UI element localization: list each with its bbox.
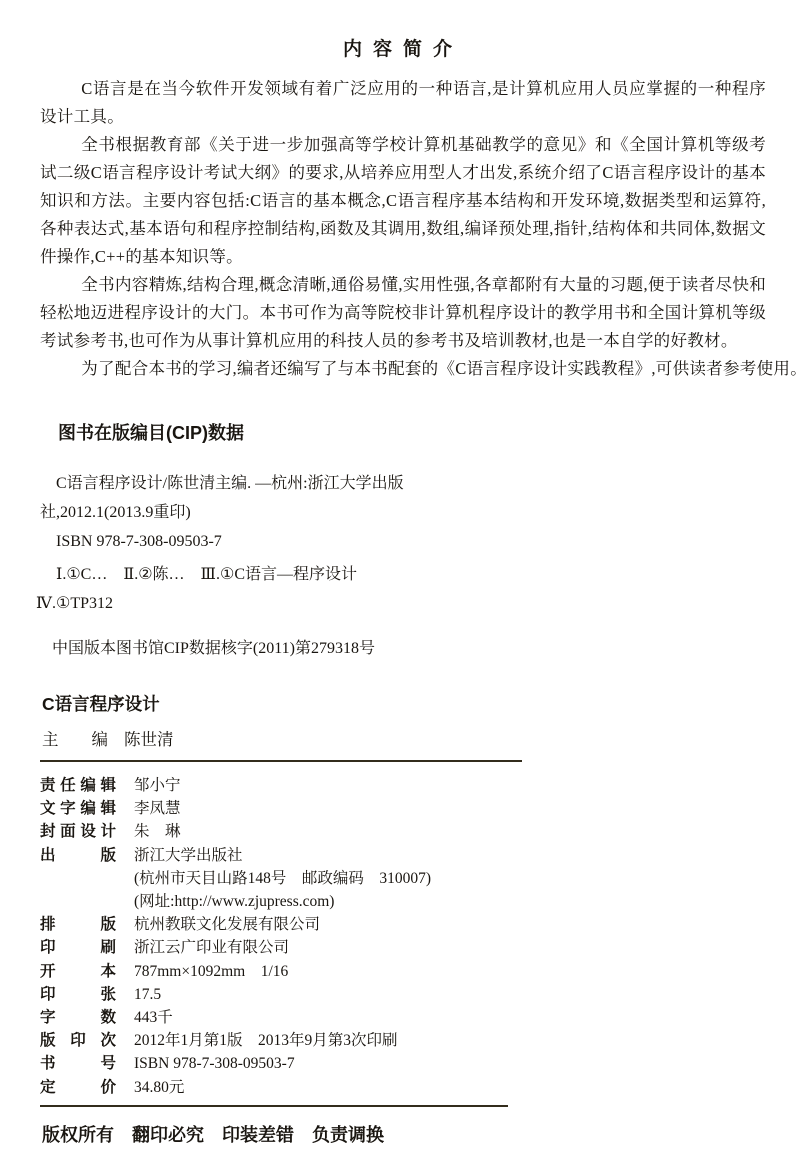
colophon-label xyxy=(40,867,116,890)
colophon-value: 17.5 xyxy=(134,983,161,1006)
intro-paragraph: 全书根据教育部《关于进一步加强高等学校计算机基础教学的意见》和《全国计算机等级考… xyxy=(40,131,766,271)
colophon-value publisher-address: (杭州市天目山路148号 邮政编码 310007) xyxy=(134,867,431,890)
chief-editor-label: 主编 xyxy=(42,726,108,750)
colophon: 责任编辑邹小宁 文字编辑李凤慧 封面设计朱 琳 出版浙江大学出版社 (杭州市天目… xyxy=(40,774,766,1099)
colophon-row: 出版浙江大学出版社 xyxy=(40,844,766,867)
colophon-row: 书号ISBN 978-7-308-09503-7 xyxy=(40,1052,766,1075)
colophon-label: 定价 xyxy=(40,1076,116,1099)
book-header-block: C语言程序设计 主编 陈世清 xyxy=(40,691,766,762)
content-summary: C语言是在当今软件开发领域有着广泛应用的一种语言,是计算机应用人员应掌握的一种程… xyxy=(40,75,766,383)
colophon-value: 浙江云广印业有限公司 xyxy=(134,936,289,959)
intro-paragraph: 全书内容精炼,结构合理,概念清晰,通俗易懂,实用性强,各章都附有大量的习题,便于… xyxy=(40,271,766,355)
colophon-row: 责任编辑邹小宁 xyxy=(40,774,766,797)
colophon-value: 杭州教联文化发展有限公司 xyxy=(134,913,320,936)
chief-editor-line: 主编 陈世清 xyxy=(42,726,766,750)
colophon-value: 李凤慧 xyxy=(134,797,181,820)
colophon-row: 印张17.5 xyxy=(40,983,766,1006)
colophon-row: 开本787mm×1092mm 1/16 xyxy=(40,960,766,983)
colophon-label: 版印次 xyxy=(40,1029,116,1052)
divider xyxy=(40,760,522,762)
book-title: C语言程序设计 xyxy=(42,691,766,716)
intro-paragraph: 为了配合本书的学习,编者还编写了与本书配套的《C语言程序设计实践教程》,可供读者… xyxy=(40,355,766,383)
colophon-row: 版印次2012年1月第1版 2013年9月第3次印刷 xyxy=(40,1029,766,1052)
cip-imprint-line: 社,2012.1(2013.9重印) xyxy=(40,498,766,527)
cip-registry-number: 中国版本图书馆CIP数据核字(2011)第279318号 xyxy=(52,634,766,663)
colophon-value: 朱 琳 xyxy=(134,820,181,843)
cip-block: 图书在版编目(CIP)数据 C语言程序设计/陈世清主编. —杭州:浙江大学出版 … xyxy=(40,419,766,663)
colophon-value publisher-website: (网址:http://www.zjupress.com) xyxy=(134,890,334,913)
colophon-label: 字数 xyxy=(40,1006,116,1029)
colophon-label: 开本 xyxy=(40,960,116,983)
cip-title-line: C语言程序设计/陈世清主编. —杭州:浙江大学出版 xyxy=(56,469,766,498)
colophon-label: 书号 xyxy=(40,1052,116,1075)
cip-classification-line: Ⅰ.①C… Ⅱ.②陈… Ⅲ.①C语言—程序设计 xyxy=(56,560,766,589)
cip-isbn-line: ISBN 978-7-308-09503-7 xyxy=(56,527,766,556)
colophon-value: ISBN 978-7-308-09503-7 xyxy=(134,1052,295,1075)
colophon-row: (网址:http://www.zjupress.com) xyxy=(40,890,766,913)
colophon-row: 印刷浙江云广印业有限公司 xyxy=(40,936,766,959)
colophon-label: 责任编辑 xyxy=(40,774,116,797)
cip-heading: 图书在版编目(CIP)数据 xyxy=(58,419,766,445)
colophon-label: 印刷 xyxy=(40,936,116,959)
colophon-row: 排版杭州教联文化发展有限公司 xyxy=(40,913,766,936)
colophon-label: 排版 xyxy=(40,913,116,936)
colophon-value: 443千 xyxy=(134,1006,173,1029)
colophon-label xyxy=(40,890,116,913)
colophon-row: 定价34.80元 xyxy=(40,1076,766,1099)
colophon-value: 34.80元 xyxy=(134,1076,184,1099)
book-copyright-page: 内容简介 C语言是在当今软件开发领域有着广泛应用的一种语言,是计算机应用人员应掌… xyxy=(0,0,800,1165)
colophon-value: 2012年1月第1版 2013年9月第3次印刷 xyxy=(134,1029,398,1052)
colophon-row: 文字编辑李凤慧 xyxy=(40,797,766,820)
colophon-value: 浙江大学出版社 xyxy=(134,844,243,867)
colophon-label: 文字编辑 xyxy=(40,797,116,820)
colophon-value: 787mm×1092mm 1/16 xyxy=(134,960,288,983)
colophon-row: 封面设计朱 琳 xyxy=(40,820,766,843)
colophon-value: 邹小宁 xyxy=(134,774,181,797)
intro-paragraph: C语言是在当今软件开发领域有着广泛应用的一种语言,是计算机应用人员应掌握的一种程… xyxy=(40,75,766,131)
page-title: 内容简介 xyxy=(40,34,766,61)
chief-editor-name: 陈世清 xyxy=(124,726,174,750)
copyright-notice: 版权所有 翻印必究 印装差错 负责调换 xyxy=(42,1121,766,1147)
colophon-label: 封面设计 xyxy=(40,820,116,843)
colophon-row: 字数443千 xyxy=(40,1006,766,1029)
colophon-row: (杭州市天目山路148号 邮政编码 310007) xyxy=(40,867,766,890)
colophon-label: 印张 xyxy=(40,983,116,1006)
colophon-label: 出版 xyxy=(40,844,116,867)
cip-classification-line: Ⅳ.①TP312 xyxy=(36,589,766,618)
divider xyxy=(40,1105,508,1107)
